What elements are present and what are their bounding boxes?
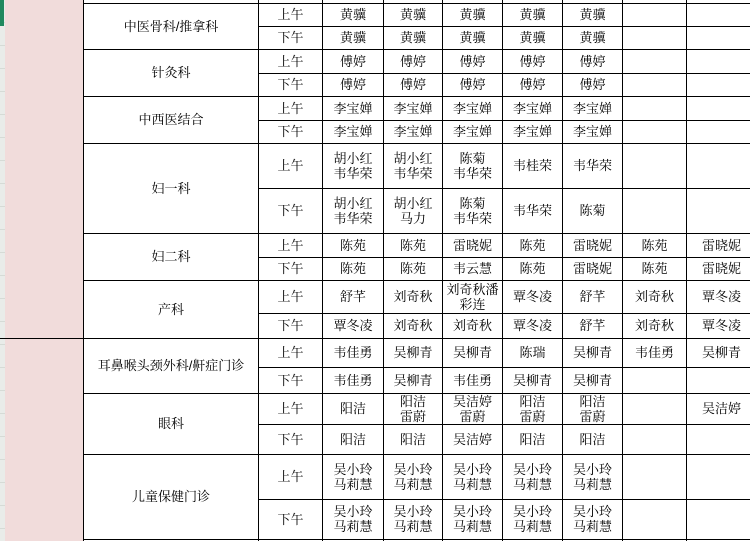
schedule-cell[interactable] xyxy=(623,424,687,454)
schedule-cell[interactable]: 李宝婵 xyxy=(503,120,563,143)
schedule-cell[interactable]: 吴柳青 xyxy=(503,367,563,393)
schedule-cell[interactable]: 覃冬凌 xyxy=(503,280,563,313)
schedule-cell[interactable]: 吴小玲 马莉慧 xyxy=(384,499,443,539)
schedule-cell[interactable] xyxy=(623,120,687,143)
time-slot-cell[interactable]: 上午 xyxy=(259,393,323,424)
time-slot-cell[interactable]: 上午 xyxy=(259,233,323,257)
department-cell[interactable]: 产科 xyxy=(84,280,259,338)
schedule-cell[interactable]: 傅婷 xyxy=(563,49,623,73)
schedule-cell[interactable]: 韦佳勇 xyxy=(443,367,503,393)
schedule-cell[interactable]: 刘奇秋 xyxy=(443,313,503,338)
schedule-cell[interactable]: 覃冬凌 xyxy=(503,313,563,338)
department-cell[interactable]: 中医骨科/推拿科 xyxy=(84,3,259,49)
schedule-cell[interactable]: 李宝婵 xyxy=(384,96,443,120)
time-slot-cell[interactable]: 上午 xyxy=(259,454,323,499)
schedule-cell[interactable]: 胡小红 韦华荣 xyxy=(384,143,443,188)
schedule-cell[interactable]: 傅婷 xyxy=(503,49,563,73)
schedule-cell[interactable]: 傅婷 xyxy=(563,73,623,96)
schedule-cell[interactable]: 雷晓妮 xyxy=(563,257,623,280)
schedule-cell[interactable]: 韦佳勇 xyxy=(323,338,384,367)
schedule-cell[interactable]: 黄骥 xyxy=(443,3,503,26)
schedule-cell[interactable]: 阳洁 xyxy=(563,424,623,454)
department-cell[interactable]: 妇一科 xyxy=(84,143,259,233)
spreadsheet-viewport: 中医骨科/推拿科上午黄骥黄骥黄骥黄骥黄骥下午黄骥黄骥黄骥黄骥黄骥针灸科上午傅婷傅… xyxy=(0,0,750,541)
schedule-cell[interactable]: 胡小红 马力 xyxy=(384,188,443,233)
schedule-row: 中医骨科/推拿科上午黄骥黄骥黄骥黄骥黄骥 xyxy=(84,3,750,26)
schedule-cell[interactable]: 覃冬凌 xyxy=(687,280,750,313)
time-slot-cell[interactable]: 上午 xyxy=(259,3,323,26)
schedule-cell[interactable] xyxy=(687,3,750,26)
schedule-cell[interactable]: 舒芊 xyxy=(323,280,384,313)
schedule-cell[interactable]: 黄骥 xyxy=(323,26,384,49)
schedule-cell[interactable]: 吴小玲 马莉慧 xyxy=(503,499,563,539)
time-slot-cell[interactable]: 上午 xyxy=(259,143,323,188)
schedule-cell[interactable]: 陈苑 xyxy=(384,257,443,280)
schedule-row: 耳鼻喉头颈外科/鼾症门诊上午韦佳勇吴柳青吴柳青陈瑞吴柳青韦佳勇吴柳青 xyxy=(84,338,750,367)
schedule-cell[interactable] xyxy=(623,73,687,96)
time-slot-cell[interactable]: 下午 xyxy=(259,120,323,143)
schedule-cell[interactable]: 傅婷 xyxy=(503,73,563,96)
schedule-cell[interactable]: 黄骥 xyxy=(384,26,443,49)
time-slot-cell[interactable]: 下午 xyxy=(259,499,323,539)
schedule-cell[interactable]: 吴柳青 xyxy=(563,338,623,367)
schedule-cell[interactable]: 陈瑞 xyxy=(503,338,563,367)
time-slot-cell[interactable]: 上午 xyxy=(259,49,323,73)
schedule-cell[interactable]: 陈苑 xyxy=(623,257,687,280)
schedule-cell[interactable]: 韦桂荣 xyxy=(503,143,563,188)
schedule-cell[interactable]: 刘奇秋潘 彩连 xyxy=(443,280,503,313)
schedule-cell[interactable]: 陈苑 xyxy=(623,233,687,257)
schedule-cell[interactable] xyxy=(623,96,687,120)
schedule-cell[interactable]: 吴小玲 马莉慧 xyxy=(323,454,384,499)
time-slot-cell[interactable]: 下午 xyxy=(259,424,323,454)
schedule-cell[interactable]: 李宝婵 xyxy=(443,120,503,143)
schedule-cell[interactable]: 黄骥 xyxy=(443,26,503,49)
schedule-cell[interactable]: 黄骥 xyxy=(563,26,623,49)
schedule-cell[interactable]: 吴小玲 马莉慧 xyxy=(384,454,443,499)
schedule-cell[interactable]: 雷晓妮 xyxy=(563,233,623,257)
schedule-cell[interactable]: 吴柳青 xyxy=(563,367,623,393)
schedule-cell[interactable]: 韦云慧 xyxy=(443,257,503,280)
schedule-cell[interactable]: 吴小玲 马莉慧 xyxy=(563,499,623,539)
schedule-cell[interactable]: 阳洁 雷蔚 xyxy=(563,393,623,424)
schedule-cell[interactable]: 李宝婵 xyxy=(503,96,563,120)
schedule-row: 妇二科上午陈苑陈苑雷晓妮陈苑雷晓妮陈苑雷晓妮 xyxy=(84,233,750,257)
schedule-cell[interactable] xyxy=(687,143,750,188)
schedule-cell[interactable]: 吴小玲 马莉慧 xyxy=(503,454,563,499)
schedule-cell[interactable]: 陈苑 xyxy=(503,257,563,280)
schedule-cell[interactable] xyxy=(687,188,750,233)
schedule-cell[interactable]: 陈菊 xyxy=(563,188,623,233)
schedule-cell[interactable]: 吴小玲 马莉慧 xyxy=(443,454,503,499)
schedule-cell[interactable]: 阳洁 xyxy=(503,424,563,454)
schedule-cell[interactable]: 傅婷 xyxy=(443,73,503,96)
schedule-cell[interactable] xyxy=(687,49,750,73)
schedule-row: 产科上午舒芊刘奇秋刘奇秋潘 彩连覃冬凌舒芊刘奇秋覃冬凌 xyxy=(84,280,750,313)
schedule-cell[interactable] xyxy=(623,393,687,424)
schedule-cell[interactable]: 傅婷 xyxy=(384,49,443,73)
schedule-cell[interactable]: 陈苑 xyxy=(323,233,384,257)
week-band-column[interactable] xyxy=(5,0,83,541)
schedule-cell[interactable]: 雷晓妮 xyxy=(687,233,750,257)
time-slot-cell[interactable]: 下午 xyxy=(259,313,323,338)
schedule-cell[interactable] xyxy=(623,454,687,499)
schedule-cell[interactable]: 傅婷 xyxy=(323,73,384,96)
schedule-cell[interactable]: 阳洁 xyxy=(323,424,384,454)
department-cell[interactable]: 眼科 xyxy=(84,393,259,454)
schedule-cell[interactable] xyxy=(623,49,687,73)
schedule-cell[interactable]: 舒芊 xyxy=(563,313,623,338)
schedule-cell[interactable] xyxy=(687,73,750,96)
schedule-cell[interactable] xyxy=(623,3,687,26)
schedule-table: 中医骨科/推拿科上午黄骥黄骥黄骥黄骥黄骥下午黄骥黄骥黄骥黄骥黄骥针灸科上午傅婷傅… xyxy=(83,0,750,541)
schedule-cell[interactable]: 吴洁婷 xyxy=(443,424,503,454)
schedule-cell[interactable]: 阳洁 雷蔚 xyxy=(384,393,443,424)
schedule-row: 中西医结合上午李宝婵李宝婵李宝婵李宝婵李宝婵 xyxy=(84,96,750,120)
schedule-cell[interactable] xyxy=(687,454,750,499)
schedule-row: 妇一科上午胡小红 韦华荣胡小红 韦华荣陈菊 韦华荣韦桂荣韦华荣 xyxy=(84,143,750,188)
schedule-row: 眼科上午阳洁阳洁 雷蔚吴洁婷 雷蔚阳洁 雷蔚阳洁 雷蔚吴洁婷 xyxy=(84,393,750,424)
schedule-cell[interactable]: 吴柳青 xyxy=(384,338,443,367)
schedule-cell[interactable]: 吴柳青 xyxy=(384,367,443,393)
schedule-cell[interactable] xyxy=(623,499,687,539)
schedule-cell[interactable]: 陈苑 xyxy=(503,233,563,257)
schedule-cell[interactable]: 覃冬凌 xyxy=(687,313,750,338)
schedule-cell[interactable] xyxy=(687,120,750,143)
schedule-cell[interactable]: 刘奇秋 xyxy=(623,280,687,313)
schedule-cell[interactable]: 李宝婵 xyxy=(323,120,384,143)
schedule-cell[interactable]: 雷晓妮 xyxy=(687,257,750,280)
schedule-cell[interactable] xyxy=(687,26,750,49)
schedule-cell[interactable] xyxy=(623,26,687,49)
schedule-cell[interactable]: 舒芊 xyxy=(563,280,623,313)
schedule-cell[interactable]: 陈菊 韦华荣 xyxy=(443,188,503,233)
schedule-cell[interactable]: 陈菊 韦华荣 xyxy=(443,143,503,188)
schedule-cell[interactable]: 韦佳勇 xyxy=(623,338,687,367)
schedule-cell[interactable] xyxy=(623,188,687,233)
schedule-cell[interactable]: 吴柳青 xyxy=(443,338,503,367)
schedule-cell[interactable]: 陈苑 xyxy=(384,233,443,257)
time-slot-cell[interactable]: 下午 xyxy=(259,73,323,96)
schedule-cell[interactable]: 黄骥 xyxy=(323,3,384,26)
time-slot-cell[interactable]: 下午 xyxy=(259,26,323,49)
schedule-cell[interactable]: 吴小玲 马莉慧 xyxy=(323,499,384,539)
time-slot-cell[interactable]: 下午 xyxy=(259,257,323,280)
department-cell[interactable]: 针灸科 xyxy=(84,49,259,96)
schedule-cell[interactable]: 李宝婵 xyxy=(384,120,443,143)
schedule-cell[interactable]: 黄骥 xyxy=(503,26,563,49)
schedule-cell[interactable]: 吴洁婷 雷蔚 xyxy=(443,393,503,424)
green-cell-marker[interactable] xyxy=(0,0,4,26)
schedule-cell[interactable]: 韦佳勇 xyxy=(323,367,384,393)
schedule-cell[interactable] xyxy=(687,424,750,454)
department-cell[interactable]: 妇二科 xyxy=(84,233,259,280)
time-slot-cell[interactable]: 下午 xyxy=(259,367,323,393)
schedule-cell[interactable]: 吴洁婷 xyxy=(687,393,750,424)
schedule-cell[interactable]: 黄骥 xyxy=(503,3,563,26)
schedule-cell[interactable]: 刘奇秋 xyxy=(623,313,687,338)
time-slot-cell[interactable]: 下午 xyxy=(259,188,323,233)
schedule-cell[interactable]: 傅婷 xyxy=(443,49,503,73)
schedule-cell[interactable]: 吴柳青 xyxy=(687,338,750,367)
schedule-cell[interactable]: 韦华荣 xyxy=(563,143,623,188)
time-slot-cell[interactable]: 上午 xyxy=(259,280,323,313)
time-slot-cell[interactable]: 上午 xyxy=(259,338,323,367)
schedule-cell[interactable]: 刘奇秋 xyxy=(384,280,443,313)
schedule-cell[interactable]: 李宝婵 xyxy=(563,96,623,120)
schedule-cell[interactable]: 李宝婵 xyxy=(443,96,503,120)
schedule-cell[interactable]: 李宝婵 xyxy=(563,120,623,143)
department-cell[interactable]: 儿童保健门诊 xyxy=(84,454,259,539)
schedule-cell[interactable]: 覃冬凌 xyxy=(323,313,384,338)
schedule-cell[interactable]: 胡小红 韦华荣 xyxy=(323,188,384,233)
time-slot-cell[interactable]: 上午 xyxy=(259,96,323,120)
department-cell[interactable]: 中西医结合 xyxy=(84,96,259,143)
schedule-cell[interactable]: 韦华荣 xyxy=(503,188,563,233)
schedule-cell[interactable]: 李宝婵 xyxy=(323,96,384,120)
schedule-cell[interactable]: 傅婷 xyxy=(323,49,384,73)
schedule-cell[interactable]: 吴小玲 马莉慧 xyxy=(443,499,503,539)
schedule-cell[interactable] xyxy=(687,96,750,120)
schedule-cell[interactable] xyxy=(687,499,750,539)
schedule-row: 儿童保健门诊上午吴小玲 马莉慧吴小玲 马莉慧吴小玲 马莉慧吴小玲 马莉慧吴小玲 … xyxy=(84,454,750,499)
schedule-cell[interactable] xyxy=(623,367,687,393)
schedule-cell[interactable]: 雷晓妮 xyxy=(443,233,503,257)
schedule-cell[interactable]: 吴小玲 马莉慧 xyxy=(563,454,623,499)
schedule-cell[interactable]: 黄骥 xyxy=(384,3,443,26)
schedule-cell[interactable]: 傅婷 xyxy=(384,73,443,96)
schedule-cell[interactable] xyxy=(687,367,750,393)
schedule-cell[interactable]: 刘奇秋 xyxy=(384,313,443,338)
schedule-cell[interactable]: 黄骥 xyxy=(563,3,623,26)
schedule-row: 针灸科上午傅婷傅婷傅婷傅婷傅婷 xyxy=(84,49,750,73)
schedule-cell[interactable]: 阳洁 xyxy=(384,424,443,454)
schedule-cell[interactable]: 胡小红 韦华荣 xyxy=(323,143,384,188)
department-cell[interactable]: 耳鼻喉头颈外科/鼾症门诊 xyxy=(84,338,259,393)
section-divider-line xyxy=(0,338,84,339)
schedule-cell[interactable]: 阳洁 xyxy=(323,393,384,424)
schedule-cell[interactable] xyxy=(623,143,687,188)
schedule-cell[interactable]: 阳洁 雷蔚 xyxy=(503,393,563,424)
schedule-cell[interactable]: 陈苑 xyxy=(323,257,384,280)
